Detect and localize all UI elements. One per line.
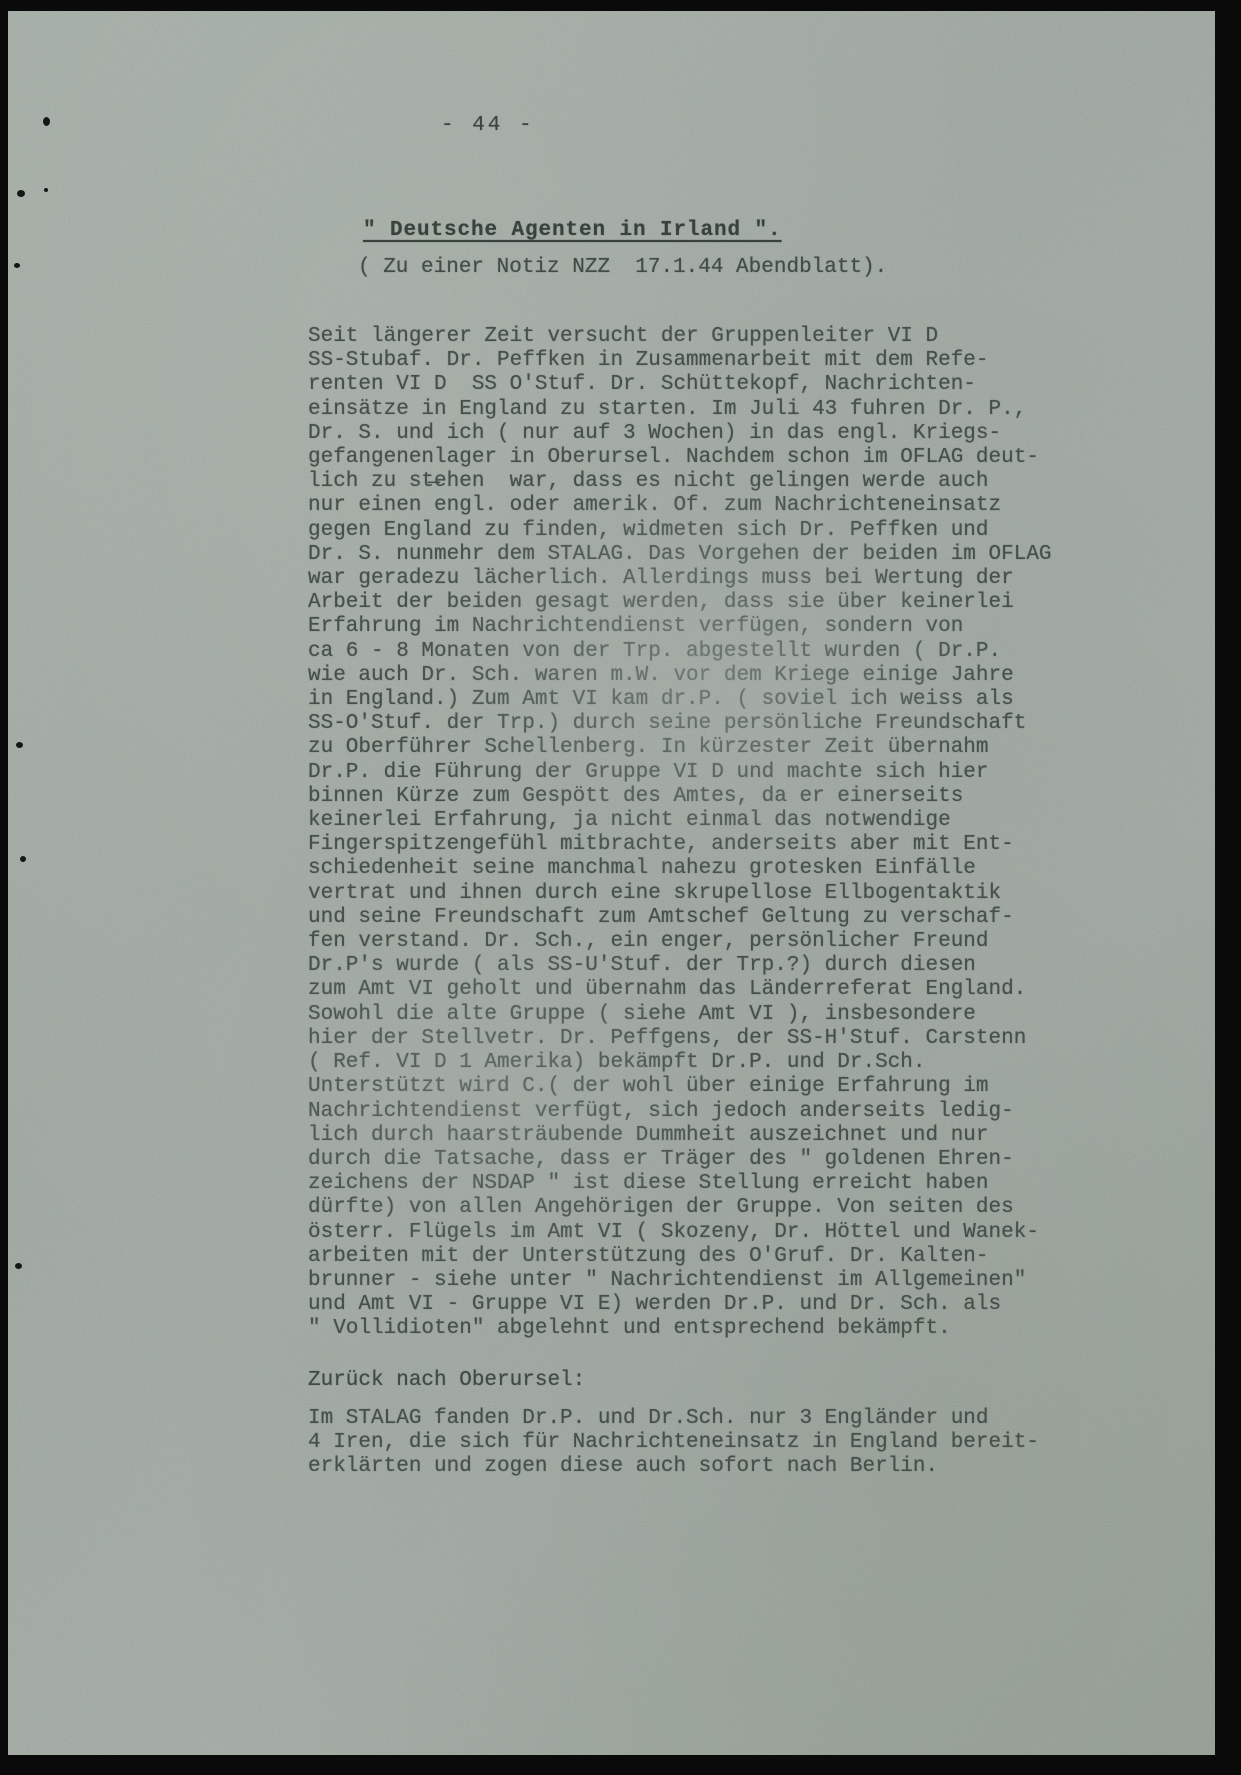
ink-speck — [43, 117, 50, 126]
section-heading: Zurück nach Oberursel: — [308, 1369, 585, 1392]
ink-speck — [15, 1263, 22, 1269]
body-paragraph-closing: Im STALAG fanden Dr.P. und Dr.Sch. nur 3… — [308, 1407, 1039, 1480]
ink-speck — [16, 742, 23, 748]
body-paragraph-main: Seit längerer Zeit versucht der Gruppenl… — [308, 325, 1052, 1342]
paper-sheet: - 44 - " Deutsche Agenten in Irland ". (… — [8, 11, 1215, 1755]
document-subtitle: ( Zu einer Notiz NZZ 17.1.44 Abendblatt)… — [358, 256, 887, 279]
ink-speck — [44, 188, 48, 192]
page-number: - 44 - — [441, 114, 535, 137]
document-title: " Deutsche Agenten in Irland ". — [363, 219, 782, 242]
scanned-document: - 44 - " Deutsche Agenten in Irland ". (… — [0, 0, 1241, 1775]
ink-speck — [17, 190, 25, 197]
ink-speck — [14, 263, 20, 268]
ink-speck — [20, 856, 26, 862]
